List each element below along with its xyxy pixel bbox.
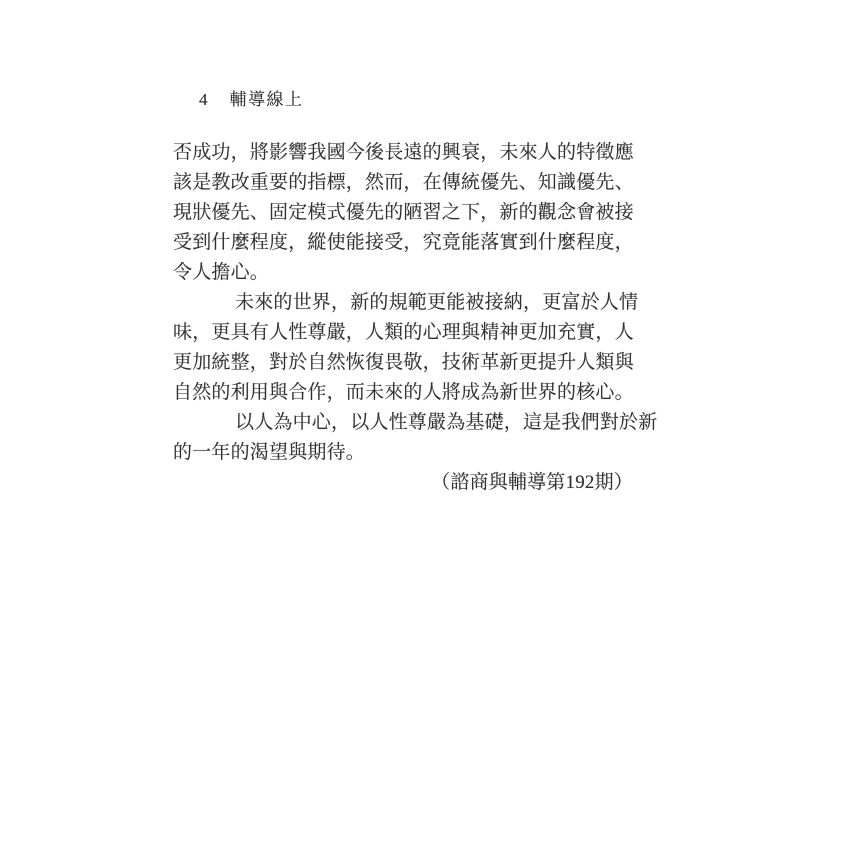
body-line-8: 更加統整，對於自然恢復畏敬，技術革新更提升人類與 [173, 348, 633, 378]
body-line-2: 該是教改重要的指標，然而，在傳統優先、知識優先、 [173, 168, 633, 198]
running-title: 輔導線上 [230, 90, 304, 110]
book-page-scan: 4輔導線上 否成功，將影響我國今後長遠的興衰，未來人的特徵應 該是教改重要的指標… [0, 0, 850, 850]
body-line-3: 現狀優先、固定模式優先的陋習之下，新的觀念會被接 [173, 198, 633, 228]
body-line-1: 否成功，將影響我國今後長遠的興衰，未來人的特徵應 [173, 138, 633, 168]
body-line-10: 以人為中心，以人性尊嚴為基礎，這是我們對於新 [173, 408, 633, 438]
body-line-7: 味，更具有人性尊嚴，人類的心理與精神更加充實，人 [173, 318, 633, 348]
body-line-11: 的一年的渴望與期待。 [173, 438, 633, 468]
body-text: 否成功，將影響我國今後長遠的興衰，未來人的特徵應 該是教改重要的指標，然而，在傳… [173, 138, 633, 498]
body-line-6: 未來的世界，新的規範更能被接納，更富於人情 [173, 288, 633, 318]
page-number: 4 [199, 90, 209, 110]
body-line-5: 令人擔心。 [173, 258, 633, 288]
body-line-9: 自然的利用與合作，而未來的人將成為新世界的核心。 [173, 378, 633, 408]
body-line-4: 受到什麼程度，縱使能接受，究竟能落實到什麼程度， [173, 228, 633, 258]
source-citation: （諮商與輔導第192期） [173, 468, 633, 498]
running-header: 4輔導線上 [199, 90, 304, 110]
